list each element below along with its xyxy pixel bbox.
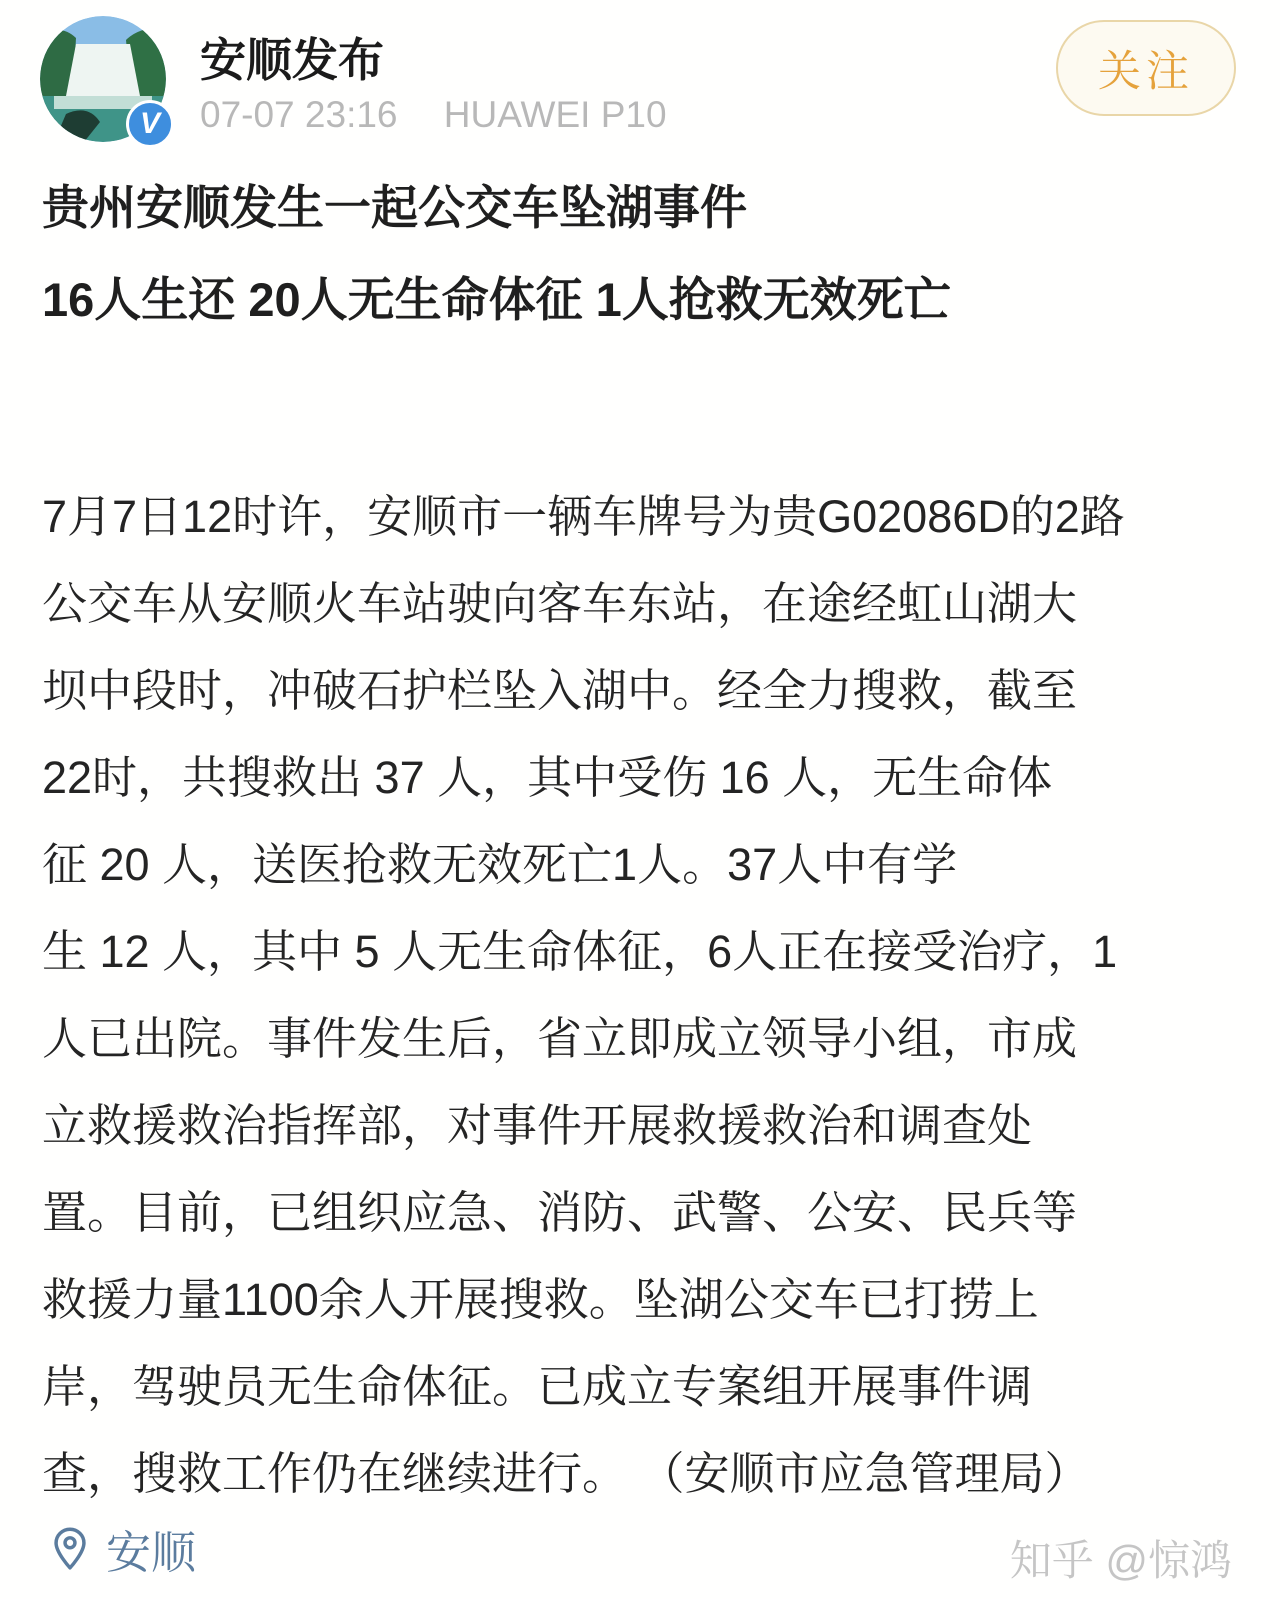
location-pin-icon [48,1523,92,1575]
body-line: 22时，共搜救出 37 人，其中受伤 16 人，无生命体 [42,734,1252,821]
post-body: 7月7日12时许，安顺市一辆车牌号为贵G02086D的2路 公交车从安顺火车站驶… [42,473,1252,1517]
body-line: 岸，驾驶员无生命体征。已成立专案组开展事件调 [42,1343,1252,1430]
post-title: 贵州安顺发生一起公交车坠湖事件 16人生还 20人无生命体征 1人抢救无效死亡 [42,162,1242,346]
weibo-post-card: V 安顺发布 07-07 23:16 HUAWEI P10 关注 贵州安顺发生一… [0,0,1280,1599]
body-line: 立救援救治指挥部，对事件开展救援救治和调查处 [42,1082,1252,1169]
avatar[interactable]: V [40,16,166,142]
body-line: 公交车从安顺火车站驶向客车东站，在途经虹山湖大 [42,560,1252,647]
zhihu-watermark: 知乎 @惊鸿 [1010,1528,1232,1588]
account-name[interactable]: 安顺发布 [200,24,384,90]
verified-badge-icon: V [126,100,174,148]
timestamp: 07-07 23:16 [200,94,398,135]
body-line: 人已出院。事件发生后，省立即成立领导小组，市成 [42,995,1252,1082]
device-source: HUAWEI P10 [444,94,667,135]
title-line-2: 16人生还 20人无生命体征 1人抢救无效死亡 [42,254,1242,346]
body-line: 坝中段时，冲破石护栏坠入湖中。经全力搜救，截至 [42,647,1252,734]
body-line: 救援力量1100余人开展搜救。坠湖公交车已打捞上 [42,1256,1252,1343]
body-line: 7月7日12时许，安顺市一辆车牌号为贵G02086D的2路 [42,473,1252,560]
follow-button[interactable]: 关注 [1056,20,1236,116]
post-meta: 07-07 23:16 HUAWEI P10 [200,94,667,136]
body-line: 置。目前，已组织应急、消防、武警、公安、民兵等 [42,1169,1252,1256]
title-line-1: 贵州安顺发生一起公交车坠湖事件 [42,162,1242,254]
body-line: 生 12 人，其中 5 人无生命体征，6人正在接受治疗，1 [42,908,1252,995]
body-line: 查，搜救工作仍在继续进行。 （安顺市应急管理局） [42,1430,1252,1517]
location-chip[interactable]: 安顺 [48,1516,196,1581]
body-line: 征 20 人，送医抢救无效死亡1人。37人中有学 [42,821,1252,908]
location-label: 安顺 [106,1516,196,1581]
